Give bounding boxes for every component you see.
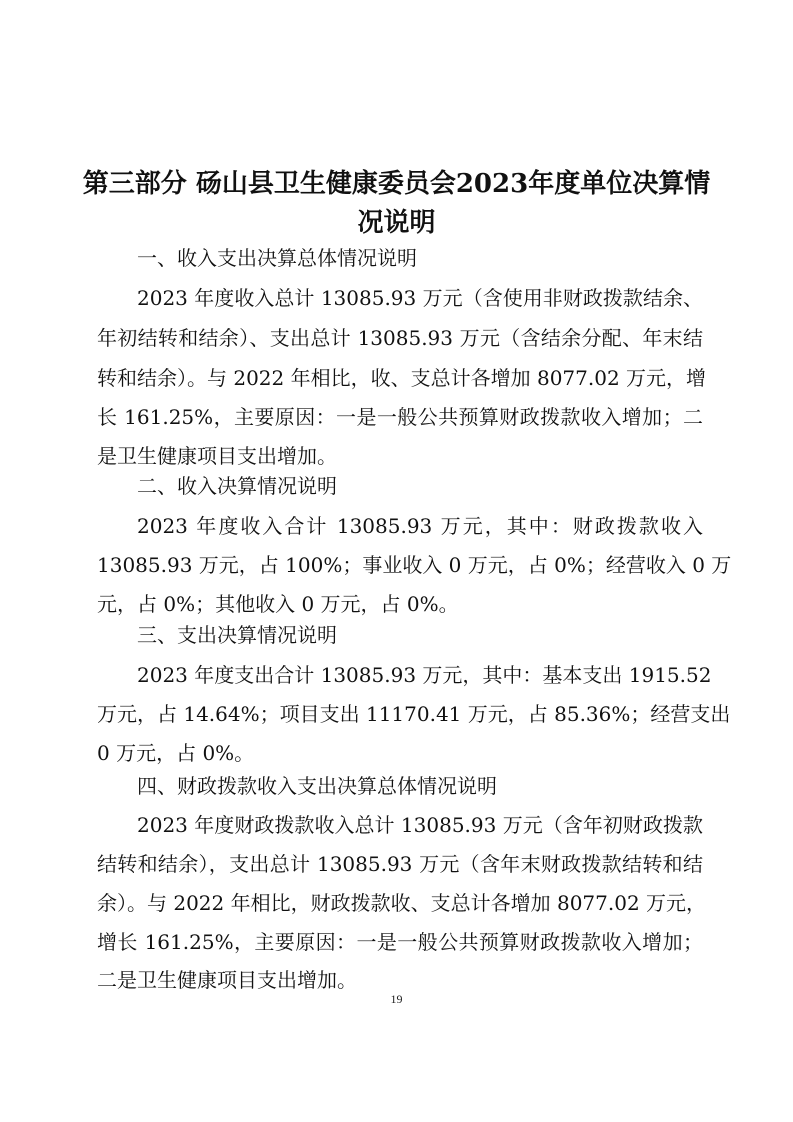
section-1-line: 转和结余）。与 2022 年相比，收、支总计各增加 8077.02 万元，增: [97, 366, 703, 390]
section-4-line: 结转和结余），支出总计 13085.93 万元（含年末财政拨款结转和结: [97, 852, 703, 876]
section-2-line: 13085.93 万元，占 100%；事业收入 0 万元，占 0%；经营收入 0…: [97, 553, 703, 577]
section-3-line: 万元，占 14.64%；项目支出 11170.41 万元，占 85.36%；经营…: [97, 702, 703, 726]
document-title-line-2: 况说明: [0, 202, 793, 239]
section-4-line: 余）。与 2022 年相比，财政拨款收、支总计各增加 8077.02 万元，: [97, 891, 703, 915]
section-heading-4: 四、财政拨款收入支出决算总体情况说明: [137, 774, 497, 798]
document-page: 第三部分 砀山县卫生健康委员会2023年度单位决算情 况说明 一、收入支出决算总…: [0, 0, 793, 1122]
section-3-line: 2023 年度支出合计 13085.93 万元，其中：基本支出 1915.52: [137, 663, 703, 687]
section-1-line: 长 161.25%，主要原因：一是一般公共预算财政拨款收入增加；二: [97, 405, 703, 429]
section-heading-2: 二、收入决算情况说明: [137, 474, 337, 498]
section-1-line: 年初结转和结余）、支出总计 13085.93 万元（含结余分配、年末结: [97, 326, 703, 350]
section-4-line: 2023 年度财政拨款收入总计 13085.93 万元（含年初财政拨款: [137, 813, 703, 837]
section-4-line: 增长 161.25%，主要原因：一是一般公共预算财政拨款收入增加；: [97, 930, 703, 954]
section-4-line: 二是卫生健康项目支出增加。: [97, 968, 703, 992]
section-1-line: 是卫生健康项目支出增加。: [97, 444, 703, 468]
document-title-line-1: 第三部分 砀山县卫生健康委员会2023年度单位决算情: [0, 163, 793, 200]
section-heading-1: 一、收入支出决算总体情况说明: [137, 246, 417, 270]
page-number: 19: [0, 992, 793, 1007]
section-3-line: 0 万元，占 0%。: [97, 741, 703, 765]
section-1-line: 2023 年度收入总计 13085.93 万元（含使用非财政拨款结余、: [137, 286, 703, 310]
section-heading-3: 三、支出决算情况说明: [137, 623, 337, 647]
section-2-line: 2023 年度收入合计 13085.93 万元，其中：财政拨款收入: [137, 514, 703, 538]
section-2-line: 元，占 0%；其他收入 0 万元，占 0%。: [97, 592, 703, 616]
